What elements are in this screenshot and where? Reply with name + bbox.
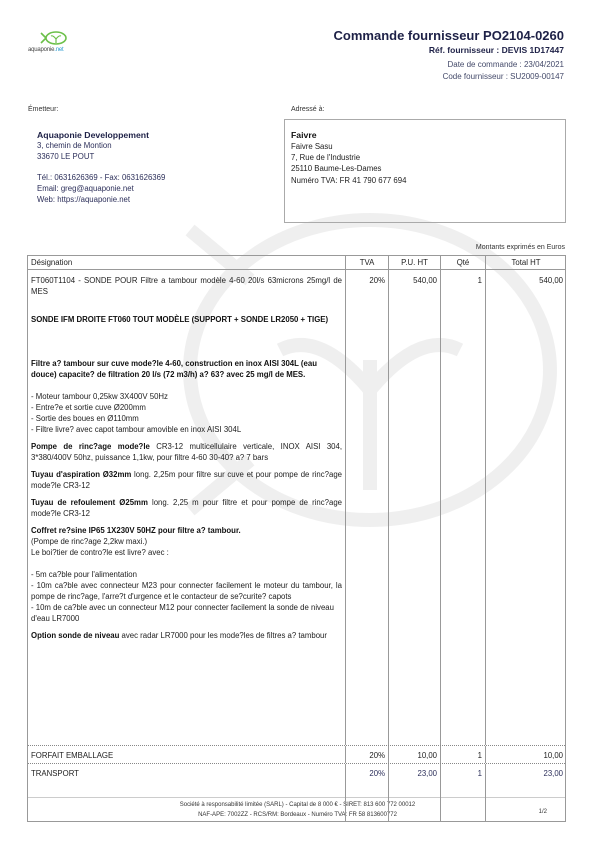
- row-unit-price: 540,00: [389, 270, 441, 745]
- supplier-code: Code fournisseur : SU2009-00147: [334, 71, 564, 83]
- recipient-address-line2: 25110 Baume-Les-Dames: [291, 163, 406, 174]
- table-header: Désignation TVA P.U. HT Qté Total HT: [28, 256, 565, 270]
- order-date: Date de commande : 23/04/2021: [334, 59, 564, 71]
- recipient-name: Faivre: [291, 129, 406, 141]
- recipient-company: Faivre Sasu: [291, 141, 406, 152]
- row-unit-price: 10,00: [389, 746, 441, 763]
- row-quantity: 1: [441, 746, 486, 763]
- row-total: 23,00: [486, 764, 565, 821]
- row-designation: FORFAIT EMBALLAGE: [28, 746, 346, 763]
- sender-phone: Tél.: 0631626369 - Fax: 0631626369: [37, 173, 165, 184]
- row-quantity: 1: [441, 764, 486, 821]
- sender-label: Émetteur:: [28, 106, 58, 113]
- header-quantity: Qté: [441, 256, 486, 269]
- row-total: 540,00: [486, 270, 565, 745]
- sender-email: Email: greg@aquaponie.net: [37, 184, 165, 195]
- order-lines-table: Désignation TVA P.U. HT Qté Total HT FT0…: [27, 255, 566, 822]
- row-designation: TRANSPORT: [28, 764, 346, 821]
- logo-text: aquaponie.net: [28, 47, 63, 53]
- row-quantity: 1: [441, 270, 486, 745]
- supplier-reference: Réf. fournisseur : DEVIS 1D17447: [334, 44, 564, 56]
- recipient-block: Faivre Faivre Sasu 7, Rue de l'Industrie…: [291, 129, 406, 186]
- document-header: Commande fournisseur PO2104-0260 Réf. fo…: [334, 28, 564, 83]
- row-unit-price: 23,00: [389, 764, 441, 821]
- header-designation: Désignation: [28, 256, 346, 269]
- row-tva: 20%: [346, 746, 389, 763]
- recipient-label: Adressé à:: [291, 106, 324, 113]
- company-logo: aquaponie.net: [28, 30, 88, 60]
- table-row: TRANSPORT 20% 23,00 1 23,00: [28, 764, 565, 821]
- row-total: 10,00: [486, 746, 565, 763]
- recipient-vat: Numéro TVA: FR 41 790 677 694: [291, 175, 406, 186]
- table-row: FORFAIT EMBALLAGE 20% 10,00 1 10,00: [28, 746, 565, 764]
- sender-address-line1: 3, chemin de Montion: [37, 141, 165, 152]
- header-total: Total HT: [486, 256, 565, 269]
- recipient-address-line1: 7, Rue de l'Industrie: [291, 152, 406, 163]
- table-row: FT060T1104 - SONDE POUR Filtre a tambour…: [28, 270, 565, 746]
- row-designation: FT060T1104 - SONDE POUR Filtre a tambour…: [28, 270, 346, 745]
- currency-note: Montants exprimés en Euros: [476, 244, 565, 251]
- row-tva: 20%: [346, 764, 389, 821]
- sender-block: Aquaponie Developpement 3, chemin de Mon…: [37, 129, 165, 206]
- sender-address-line2: 33670 LE POUT: [37, 152, 165, 163]
- header-unit-price: P.U. HT: [389, 256, 441, 269]
- row-tva: 20%: [346, 270, 389, 745]
- page-title: Commande fournisseur PO2104-0260: [334, 28, 564, 44]
- sender-name: Aquaponie Developpement: [37, 129, 165, 141]
- sender-web: Web: https://aquaponie.net: [37, 195, 165, 206]
- fish-logo-icon: [40, 30, 68, 46]
- header-tva: TVA: [346, 256, 389, 269]
